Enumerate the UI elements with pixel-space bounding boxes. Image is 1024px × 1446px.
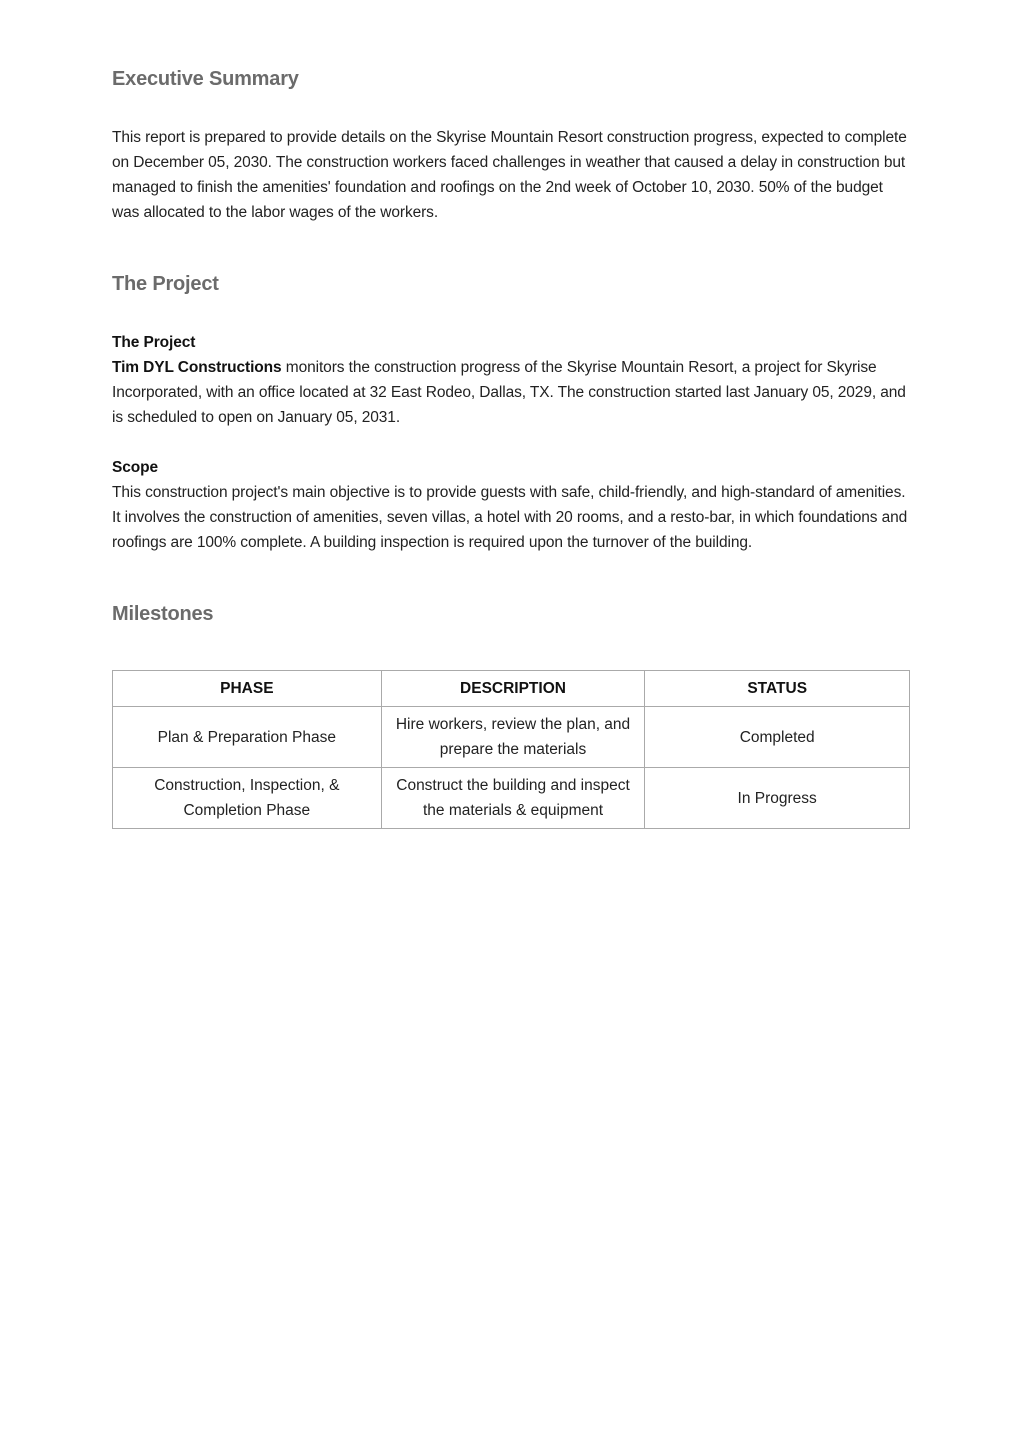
column-header-description: DESCRIPTION bbox=[381, 671, 645, 707]
executive-summary-heading: Executive Summary bbox=[112, 67, 299, 91]
cell-phase: Plan & Preparation Phase bbox=[113, 707, 382, 768]
scope-body: This construction project's main objecti… bbox=[112, 480, 912, 555]
cell-phase: Construction, Inspection, & Completion P… bbox=[113, 768, 382, 829]
cell-description: Construct the building and inspect the m… bbox=[381, 768, 645, 829]
executive-summary-body: This report is prepared to provide detai… bbox=[112, 125, 912, 225]
column-header-phase: PHASE bbox=[113, 671, 382, 707]
scope-subheading: Scope bbox=[112, 455, 912, 480]
milestones-heading: Milestones bbox=[112, 602, 213, 626]
milestones-table: PHASE DESCRIPTION STATUS Plan & Preparat… bbox=[112, 670, 910, 829]
project-subheading: The Project bbox=[112, 330, 912, 355]
scope-section: Scope This construction project's main o… bbox=[112, 455, 912, 555]
project-body: Tim DYL Constructions monitors the const… bbox=[112, 355, 912, 430]
cell-description: Hire workers, review the plan, and prepa… bbox=[381, 707, 645, 768]
column-header-status: STATUS bbox=[645, 671, 910, 707]
cell-status: Completed bbox=[645, 707, 910, 768]
cell-status: In Progress bbox=[645, 768, 910, 829]
table-header-row: PHASE DESCRIPTION STATUS bbox=[113, 671, 910, 707]
table-row: Plan & Preparation Phase Hire workers, r… bbox=[113, 707, 910, 768]
the-project-heading: The Project bbox=[112, 272, 219, 296]
table-row: Construction, Inspection, & Completion P… bbox=[113, 768, 910, 829]
project-description: The Project Tim DYL Constructions monito… bbox=[112, 330, 912, 430]
company-name: Tim DYL Constructions bbox=[112, 359, 282, 376]
